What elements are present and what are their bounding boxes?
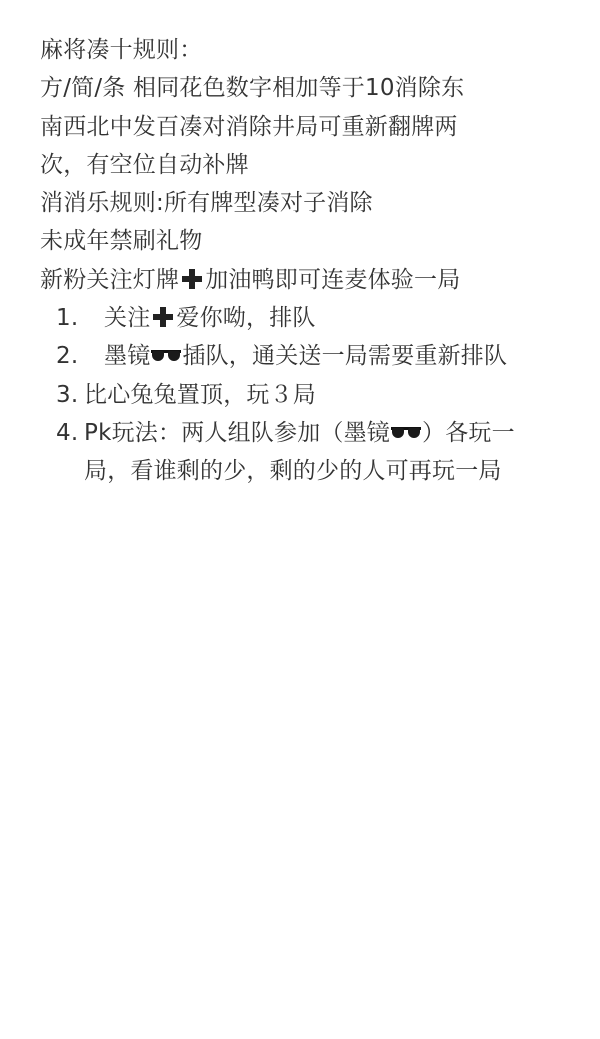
- minor-notice: 未成年禁刷礼物: [40, 222, 580, 260]
- rules-document: 麻将凑十规则： 方/简/条 相同花色数字相加等于10消除东 南西北中发百凑对消除…: [40, 31, 580, 491]
- list-item-text-before: Pk玩法：两人组队参加（墨镜: [84, 420, 390, 446]
- list-item-number: 4.: [56, 414, 78, 452]
- rules-list: 1. 关注爱你呦，排队 2. 墨镜插队，通关送一局需要重新排队 3. 比心兔兔置…: [40, 299, 580, 490]
- list-item: 1. 关注爱你呦，排队: [40, 299, 580, 337]
- list-item-text-line-2: 局，看谁剩的少，剩的少的人可再玩一局: [84, 452, 580, 490]
- list-item: 3. 比心兔兔置顶，玩３局: [40, 376, 580, 414]
- list-item-text: 比心兔兔置顶，玩３局: [84, 382, 316, 408]
- list-item-text-after: ）各玩一: [422, 420, 515, 446]
- list-item-number: 2.: [56, 337, 78, 375]
- sunglasses-icon: [151, 350, 181, 362]
- list-item-text: 关注爱你呦，排队: [84, 305, 316, 331]
- list-item: 2. 墨镜插队，通关送一局需要重新排队: [40, 337, 580, 375]
- sunglasses-icon: [391, 427, 421, 439]
- mahjong-title: 麻将凑十规则：: [40, 31, 580, 69]
- list-item-number: 1.: [56, 299, 78, 337]
- list-item-text-after: 爱你呦，排队: [176, 305, 315, 331]
- list-item-text-line-1: Pk玩法：两人组队参加（墨镜）各玩一: [84, 414, 580, 452]
- list-item: 4. Pk玩法：两人组队参加（墨镜）各玩一 局，看谁剩的少，剩的少的人可再玩一局: [40, 414, 580, 491]
- list-item-text: 墨镜插队，通关送一局需要重新排队: [84, 343, 507, 369]
- plus-icon: [182, 269, 202, 289]
- plus-icon: [153, 307, 173, 327]
- list-item-number: 3.: [56, 376, 78, 414]
- list-item-text-before: 墨镜: [104, 343, 150, 369]
- new-fan-text-after: 加油鸭即可连麦体验一局: [205, 267, 460, 293]
- mahjong-rule-line-2: 南西北中发百凑对消除井局可重新翻牌两: [40, 108, 580, 146]
- mahjong-rule-line-3: 次，有空位自动补牌: [40, 146, 580, 184]
- xiaoxiaole-rule: 消消乐规则:所有牌型凑对子消除: [40, 184, 580, 222]
- new-fan-text-before: 新粉关注灯牌: [40, 267, 179, 293]
- list-item-text-before: 关注: [104, 305, 150, 331]
- list-item-text-after: 插队，通关送一局需要重新排队: [182, 343, 507, 369]
- mahjong-rule-line-1: 方/简/条 相同花色数字相加等于10消除东: [40, 69, 580, 107]
- new-fan-rule: 新粉关注灯牌加油鸭即可连麦体验一局: [40, 261, 580, 299]
